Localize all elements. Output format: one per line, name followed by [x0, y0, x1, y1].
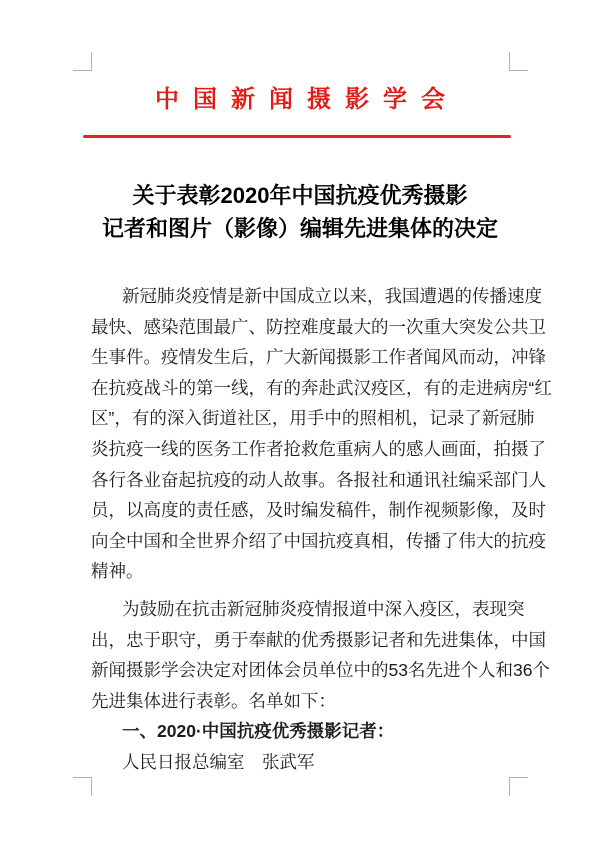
text-line: 生事件。疫情发生后，广大新闻摄影工作者闻风而动，冲锋 — [91, 342, 509, 373]
text-line: 炎抗疫一线的医务工作者抢救危重病人的感人画面，拍摄了 — [91, 434, 509, 465]
text-line: 最快、感染范围最广、防控难度最大的一次重大突发公共卫 — [91, 312, 509, 343]
document-title-line-1: 关于表彰2020年中国抗疫优秀摄影 — [0, 179, 600, 212]
paragraph: 人民日报总编室 张武军 — [91, 747, 509, 778]
text-line: 一、2020·中国抗疫优秀摄影记者： — [91, 716, 509, 747]
document-body: 新冠肺炎疫情是新中国成立以来，我国遭遇的传播速度最快、感染范围最广、防控难度最大… — [91, 281, 509, 778]
text-line: 新闻摄影学会决定对团体会员单位中的53名先进个人和36个 — [91, 655, 509, 686]
text-line: 人民日报总编室 张武军 — [91, 747, 509, 778]
organization-name: 中国新闻摄影学会 — [0, 79, 600, 114]
text-boundary-mark-top-right — [509, 52, 528, 71]
text-line: 先进集体进行表彰。名单如下： — [91, 686, 509, 717]
red-divider-line — [83, 135, 511, 138]
text-line: 精神。 — [91, 556, 509, 587]
paragraph: 为鼓励在抗击新冠肺炎疫情报道中深入疫区，表现突出，忠于职守，勇于奉献的优秀摄影记… — [91, 594, 509, 716]
text-boundary-mark-bottom-right — [509, 777, 528, 796]
text-boundary-mark-top-left — [73, 52, 92, 71]
document-title: 关于表彰2020年中国抗疫优秀摄影 记者和图片（影像）编辑先进集体的决定 — [0, 179, 600, 245]
text-line: 在抗疫战斗的第一线，有的奔赴武汉疫区，有的走进病房“红 — [91, 373, 509, 404]
text-line: 出，忠于职守，勇于奉献的优秀摄影记者和先进集体，中国 — [91, 625, 509, 656]
text-line: 为鼓励在抗击新冠肺炎疫情报道中深入疫区，表现突 — [91, 594, 509, 625]
text-line: 新冠肺炎疫情是新中国成立以来，我国遭遇的传播速度 — [91, 281, 509, 312]
text-boundary-mark-bottom-left — [73, 777, 92, 796]
text-line: 员，以高度的责任感，及时编发稿件，制作视频影像，及时 — [91, 495, 509, 526]
text-line: 区”，有的深入街道社区，用手中的照相机，记录了新冠肺 — [91, 403, 509, 434]
paragraph: 新冠肺炎疫情是新中国成立以来，我国遭遇的传播速度最快、感染范围最广、防控难度最大… — [91, 281, 509, 587]
document-page: 中国新闻摄影学会 关于表彰2020年中国抗疫优秀摄影 记者和图片（影像）编辑先进… — [0, 0, 600, 849]
document-title-line-2: 记者和图片（影像）编辑先进集体的决定 — [0, 212, 600, 245]
text-line: 各行各业奋起抗疫的动人故事。各报社和通讯社编采部门人 — [91, 465, 509, 496]
text-line: 向全中国和全世界介绍了中国抗疫真相，传播了伟大的抗疫 — [91, 526, 509, 557]
paragraph: 一、2020·中国抗疫优秀摄影记者： — [91, 716, 509, 747]
